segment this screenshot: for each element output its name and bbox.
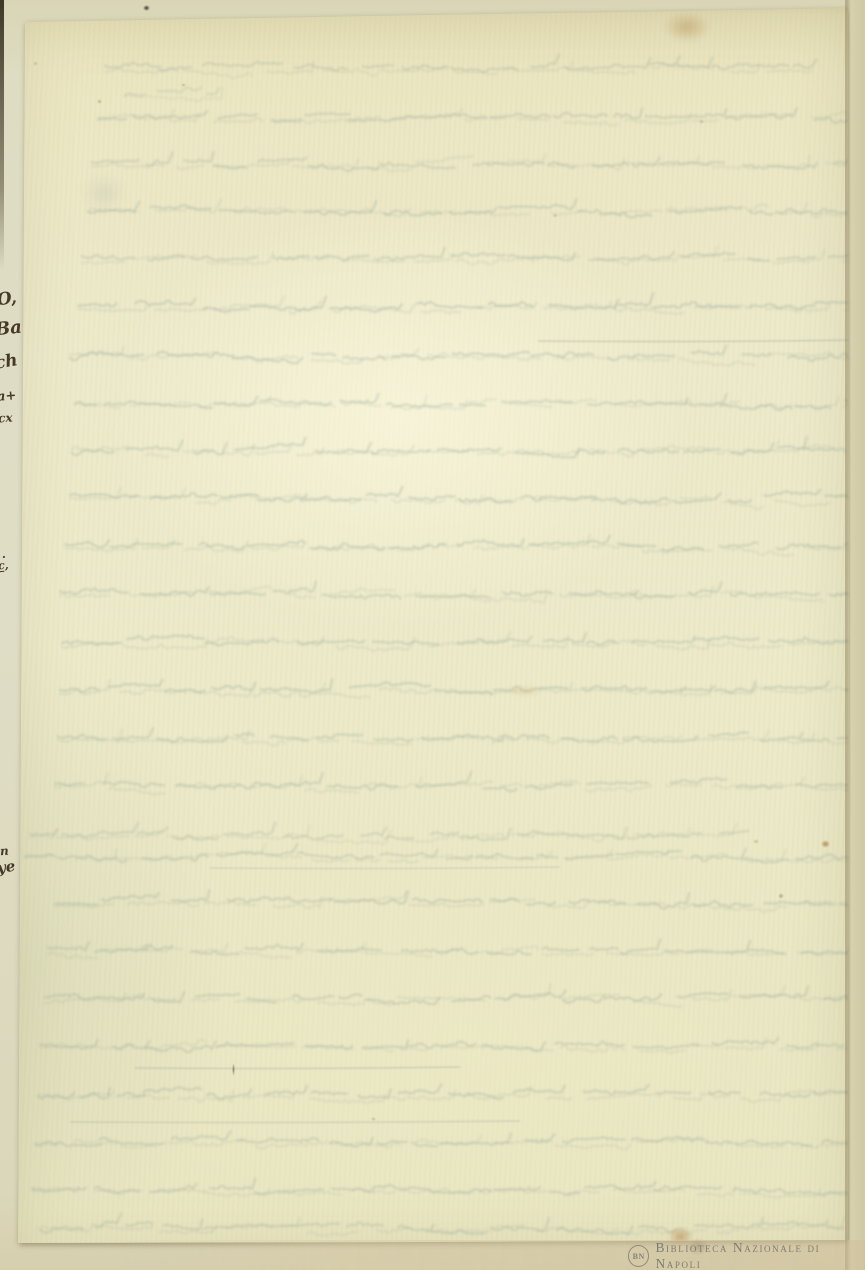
bleed-line (62, 632, 864, 651)
bleedthrough-handwriting (0, 0, 865, 1270)
bleed-line (72, 437, 845, 458)
bleed-line (55, 773, 854, 795)
bleed-line (40, 1038, 844, 1052)
manuscript-scan: O,Bacha+cx·c,—nye BN Biblioteca Nazional… (0, 0, 865, 1270)
gutter-shadow (0, 0, 4, 270)
bleed-line (88, 199, 848, 217)
bleed-underline (70, 1121, 520, 1123)
bleed-line (65, 535, 858, 556)
bleed-underline (210, 867, 560, 869)
bleed-underline (135, 1067, 460, 1069)
bleed-line (92, 155, 845, 172)
bleed-line (65, 536, 864, 551)
page-edge-right (845, 0, 865, 1270)
library-monogram-icon: BN (628, 1245, 649, 1267)
bleed-line (25, 844, 853, 863)
bleed-line (75, 396, 853, 409)
bleed-line (58, 729, 860, 745)
bleed-line (60, 582, 854, 599)
bleed-line (55, 772, 858, 791)
bleed-line (62, 633, 865, 645)
bleed-line (70, 488, 861, 509)
library-stamp: BN Biblioteca Nazionale di Napoli (628, 1240, 865, 1270)
bleed-line (105, 55, 817, 72)
library-stamp-text: Biblioteca Nazionale di Napoli (655, 1240, 865, 1270)
bleed-line (125, 87, 219, 96)
bleed-line (30, 823, 748, 841)
bleed-underline (538, 340, 852, 342)
bleed-line (45, 984, 854, 1007)
